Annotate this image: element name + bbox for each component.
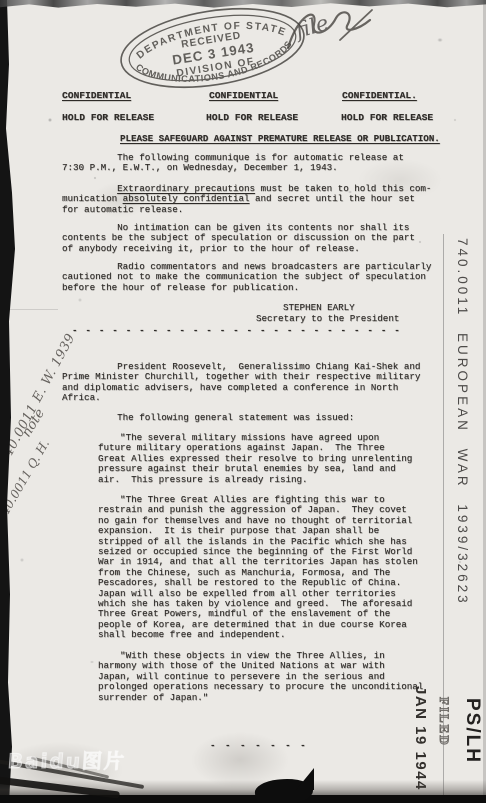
bottom-dashed-mark: - - - - - - - (210, 741, 306, 751)
hold-for-release-label-2: HOLD FOR RELEASE (206, 113, 298, 123)
scan-edge-left (0, 0, 16, 803)
signature-name: STEPHEN EARLY (283, 303, 355, 313)
scribble-word: file (291, 11, 331, 44)
signature-title: Secretary to the President (256, 314, 399, 324)
confidential-label-1: CONFIDENTIAL (62, 91, 131, 101)
clerk-initials: PS/LH (461, 698, 483, 764)
confidential-label-3: CONFIDENTIAL. (342, 91, 417, 101)
dashed-separator: - - - - - - - - - - - - - - - - - - - - … (72, 326, 400, 336)
filed-stamp-date: JAN 19 1944 (412, 686, 429, 791)
document-page: DEPARTMENT OF STATE RECEIVED DEC 3 1943 … (0, 0, 486, 803)
handwritten-file-scribble: file (282, 2, 382, 60)
archive-file-number: 740.0011 EUROPEAN WAR 1939/32623 (455, 238, 470, 606)
hold-for-release-label-3: HOLD FOR RELEASE (341, 113, 433, 123)
confidential-label-2: CONFIDENTIAL (209, 91, 278, 101)
communique-intro-paragraph: President Roosevelt, Generalissimo Chian… (62, 362, 420, 404)
baidu-image-watermark: Baidu图片 (7, 745, 127, 774)
release-paragraph-3: No intimation can be given its contents … (62, 223, 415, 254)
release-paragraph-4: Radio commentators and news broadcasters… (62, 262, 431, 293)
statement-quote-paragraph-3: "With these objects in view the Three Al… (98, 651, 423, 703)
statement-intro-line: The following general statement was issu… (62, 413, 354, 423)
statement-quote-paragraph-1: "The several military missions have agre… (98, 433, 412, 485)
scan-edge-bottom (0, 795, 486, 803)
release-paragraph-1: The following communique is for automati… (62, 153, 404, 174)
filed-stamp-word: FILED (436, 697, 452, 747)
hold-for-release-label-1: HOLD FOR RELEASE (62, 113, 154, 123)
release-paragraph-2: Extraordinary precautions must be taken … (62, 184, 431, 215)
safeguard-notice: PLEASE SAFEGUARD AGAINST PREMATURE RELEA… (120, 134, 440, 144)
statement-quote-paragraph-2: "The Three Great Allies are fighting thi… (98, 495, 418, 641)
